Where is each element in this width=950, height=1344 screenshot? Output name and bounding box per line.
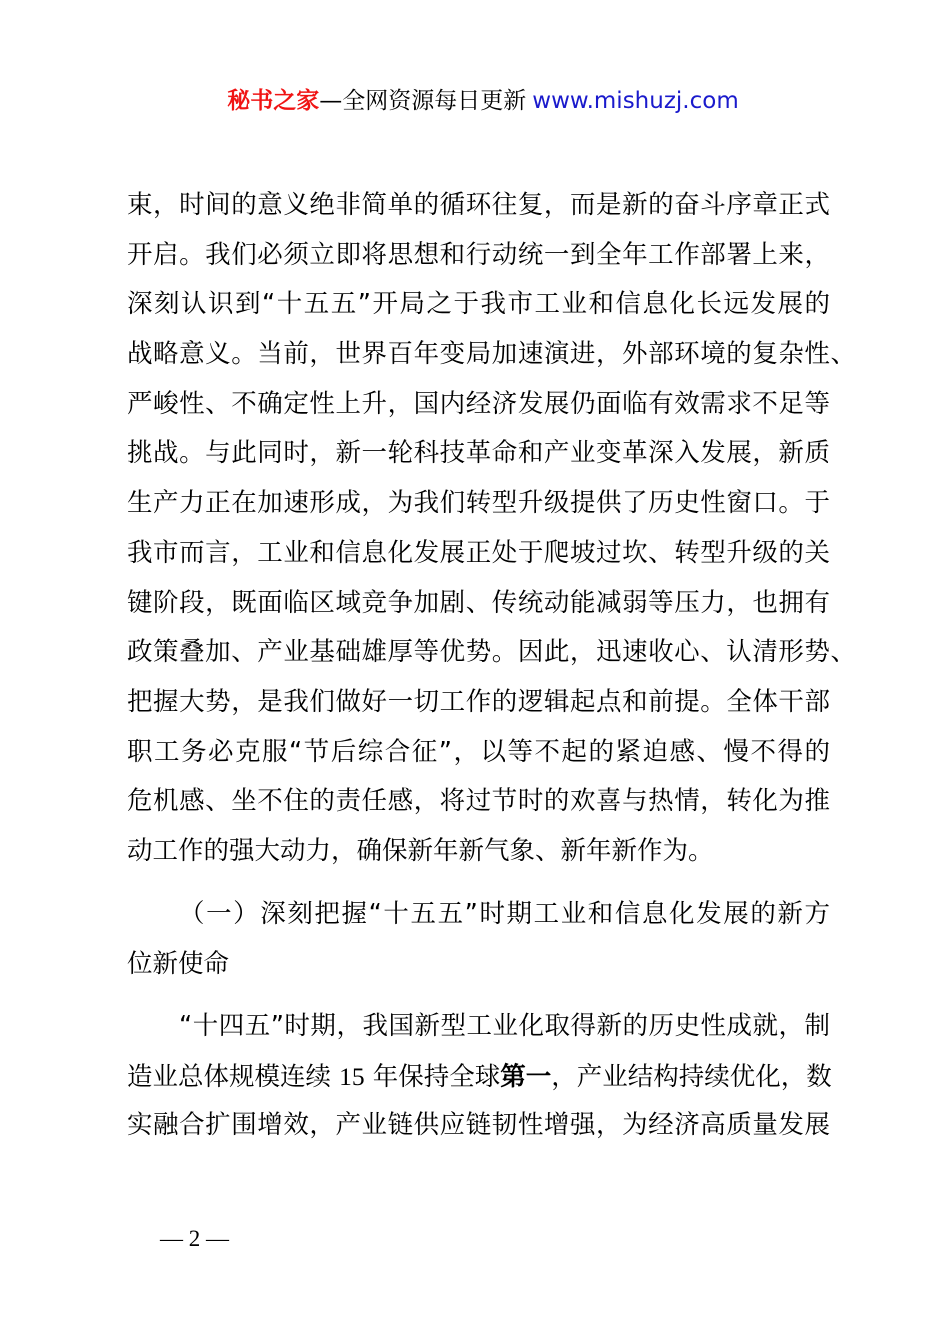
text-segment: 造业总体规模连续 xyxy=(127,1062,339,1092)
text-line: 战略意义。当前，世界百年变局加速演进，外部环境的复杂性、 xyxy=(127,330,856,380)
text-line-mixed: 造业总体规模连续 15 年保持全球第一，产业结构持续优化，数 xyxy=(127,1052,830,1102)
text-line: 动工作的强大动力，确保新年新气象、新年新作为。 xyxy=(127,827,830,877)
text-line: 挑战。与此同时，新一轮科技革命和产业变革深入发展，新质 xyxy=(127,429,830,479)
text-line: 我市而言，工业和信息化发展正处于爬坡过坎、转型升级的关 xyxy=(127,529,830,579)
text-line: 严峻性、不确定性上升，国内经济发展仍面临有效需求不足等 xyxy=(127,380,830,430)
text-line: 把握大势，是我们做好一切工作的逻辑起点和前提。全体干部 xyxy=(127,678,830,728)
header-tagline: —全网资源每日更新 xyxy=(319,88,526,114)
text-line: 束，时间的意义绝非简单的循环往复，而是新的奋斗序章正式 xyxy=(127,181,830,231)
text-line: 实融合扩围增效，产业链供应链韧性增强，为经济高质量发展 xyxy=(127,1101,830,1151)
text-line: 政策叠加、产业基础雄厚等优势。因此，迅速收心、认清形势、 xyxy=(127,628,856,678)
heading-line: （一）深刻把握“十五五”时期工业和信息化发展的新方 xyxy=(127,890,830,940)
text-line: 职工务必克服“节后综合征”，以等不起的紧迫感、慢不得的 xyxy=(127,728,830,778)
bold-segment: 第一 xyxy=(500,1062,551,1092)
text-line: 危机感、坐不住的责任感，将过节时的欢喜与热情，转化为推 xyxy=(127,777,830,827)
text-segment: 年保持全球 xyxy=(365,1062,501,1092)
section-heading: （一）深刻把握“十五五”时期工业和信息化发展的新方 位新使命 xyxy=(127,890,830,989)
heading-line: 位新使命 xyxy=(127,940,830,990)
brand-name: 秘书之家 xyxy=(227,88,319,114)
text-line: 深刻认识到“十五五”开局之于我市工业和信息化长远发展的 xyxy=(127,280,830,330)
page-number: — 2 — xyxy=(160,1224,229,1254)
text-line: 键阶段，既面临区域竞争加剧、传统动能减弱等压力，也拥有 xyxy=(127,579,830,629)
document-page: 秘书之家—全网资源每日更新www.mishuzj.com 束，时间的意义绝非简单… xyxy=(0,0,950,1344)
text-segment: ，产业结构持续优化，数 xyxy=(551,1062,832,1092)
text-line: 开启。我们必须立即将思想和行动统一到全年工作部署上来， xyxy=(127,231,830,281)
number-segment: 15 xyxy=(339,1062,365,1091)
body-paragraph: “十四五”时期，我国新型工业化取得新的历史性成就，制 造业总体规模连续 15 年… xyxy=(127,1002,830,1151)
text-line: 生产力正在加速形成，为我们转型升级提供了历史性窗口。于 xyxy=(127,479,830,529)
body-paragraph: 束，时间的意义绝非简单的循环往复，而是新的奋斗序章正式 开启。我们必须立即将思想… xyxy=(127,181,830,877)
website-url: www.mishuzj.com xyxy=(532,88,738,114)
text-line: “十四五”时期，我国新型工业化取得新的历史性成就，制 xyxy=(127,1002,830,1052)
page-header-watermark: 秘书之家—全网资源每日更新www.mishuzj.com xyxy=(8,84,950,118)
